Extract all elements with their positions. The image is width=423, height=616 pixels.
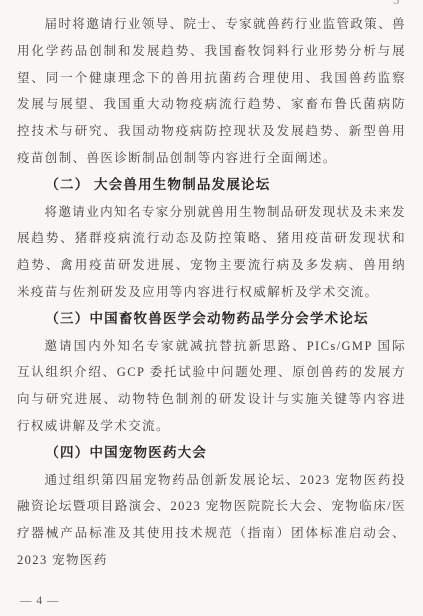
section-body-biologics-forum: 将邀请业内知名专家分别就兽用生物制品研发现状及未来发展趋势、猪群疫病流行动态及防… — [17, 199, 406, 306]
section-body-pet-medicine-conference: 通过组织第四届宠物药品创新发展论坛、2023 宠物医药投融资论坛暨项目路演会、2… — [17, 467, 406, 574]
document-page: 3 届时将邀请行业领导、院士、专家就兽药行业监管政策、兽用化学药品创制和发展趋势… — [0, 0, 423, 616]
intro-paragraph: 届时将邀请行业领导、院士、专家就兽药行业监管政策、兽用化学药品创制和发展趋势、我… — [17, 11, 406, 172]
section-heading-biologics-forum: （二） 大会兽用生物制品发展论坛 — [17, 172, 406, 199]
section-body-animal-pharmacy-forum: 邀请国内外知名专家就减抗替抗新思路、PICs/GMP 国际互认组织介绍、GCP … — [17, 333, 406, 440]
page-number: — 4 — — [20, 595, 60, 607]
section-heading-animal-pharmacy-forum: （三）中国畜牧兽医学会动物药品学分会学术论坛 — [17, 306, 406, 333]
document-content: 届时将邀请行业领导、院士、专家就兽药行业监管政策、兽用化学药品创制和发展趋势、我… — [17, 11, 406, 574]
page-edge-artifact: 3 — [393, 0, 400, 8]
section-heading-pet-medicine-conference: （四）中国宠物医药大会 — [17, 440, 406, 467]
